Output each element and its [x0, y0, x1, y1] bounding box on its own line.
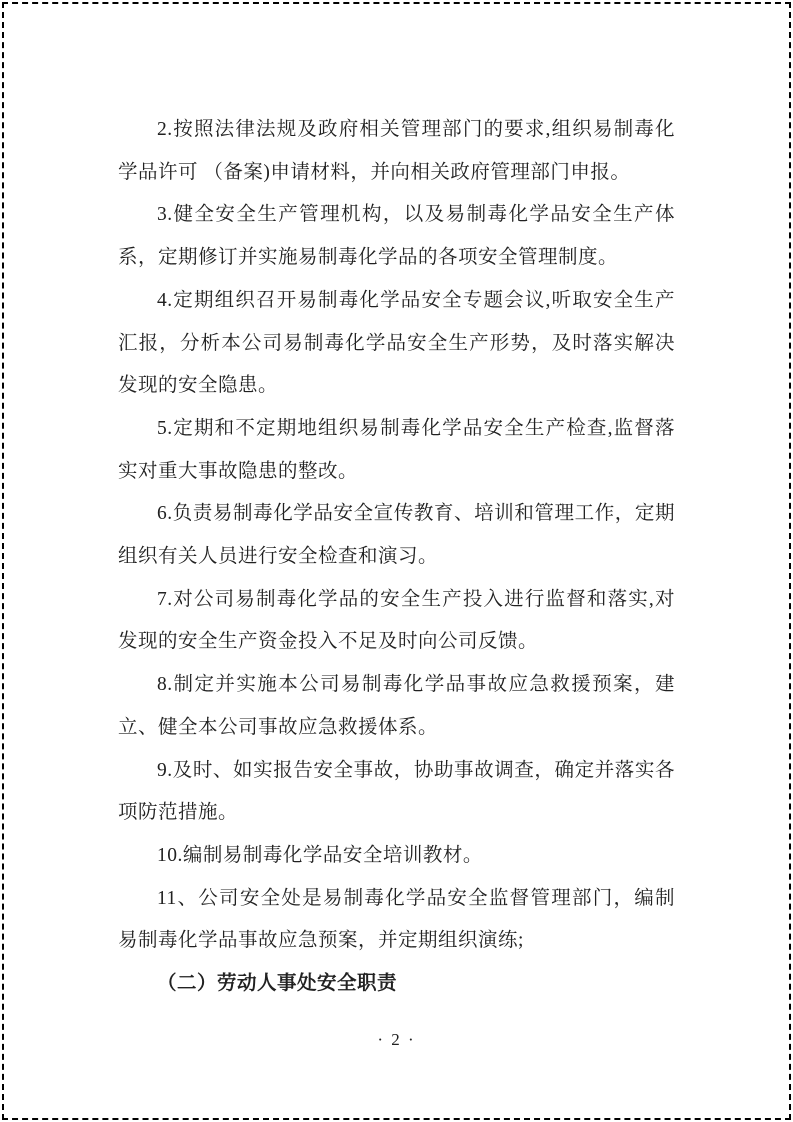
document-page: 2.按照法律法规及政府相关管理部门的要求,组织易制毒化学品许可 （备案)申请材料…: [0, 0, 793, 1122]
paragraph-8: 8.制定并实施本公司易制毒化学品事故应急救援预案，建立、健全本公司事故应急救援体…: [118, 664, 675, 749]
paragraph-10: 10.编制易制毒化学品安全培训教材。: [118, 835, 675, 878]
paragraph-3: 3.健全安全生产管理机构，以及易制毒化学品安全生产体系，定期修订并实施易制毒化学…: [118, 194, 675, 279]
page-number: · 2 ·: [377, 1030, 415, 1049]
paragraph-4: 4.定期组织召开易制毒化学品安全专题会议,听取安全生产汇报，分析本公司易制毒化学…: [118, 280, 675, 408]
section-heading: （二）劳动人事处安全职责: [118, 963, 675, 1006]
paragraph-5: 5.定期和不定期地组织易制毒化学品安全生产检查,监督落实对重大事故隐患的整改。: [118, 408, 675, 493]
page-footer: · 2 ·: [0, 1028, 793, 1052]
paragraph-7: 7.对公司易制毒化学品的安全生产投入进行监督和落实,对发现的安全生产资金投入不足…: [118, 579, 675, 664]
document-content: 2.按照法律法规及政府相关管理部门的要求,组织易制毒化学品许可 （备案)申请材料…: [118, 109, 675, 1006]
paragraph-2: 2.按照法律法规及政府相关管理部门的要求,组织易制毒化学品许可 （备案)申请材料…: [118, 109, 675, 194]
paragraph-9: 9.及时、如实报告安全事故，协助事故调查，确定并落实各项防范措施。: [118, 750, 675, 835]
paragraph-6: 6.负责易制毒化学品安全宣传教育、培训和管理工作，定期组织有关人员进行安全检查和…: [118, 493, 675, 578]
paragraph-11: 11、公司安全处是易制毒化学品安全监督管理部门，编制易制毒化学品事故应急预案，并…: [118, 878, 675, 963]
